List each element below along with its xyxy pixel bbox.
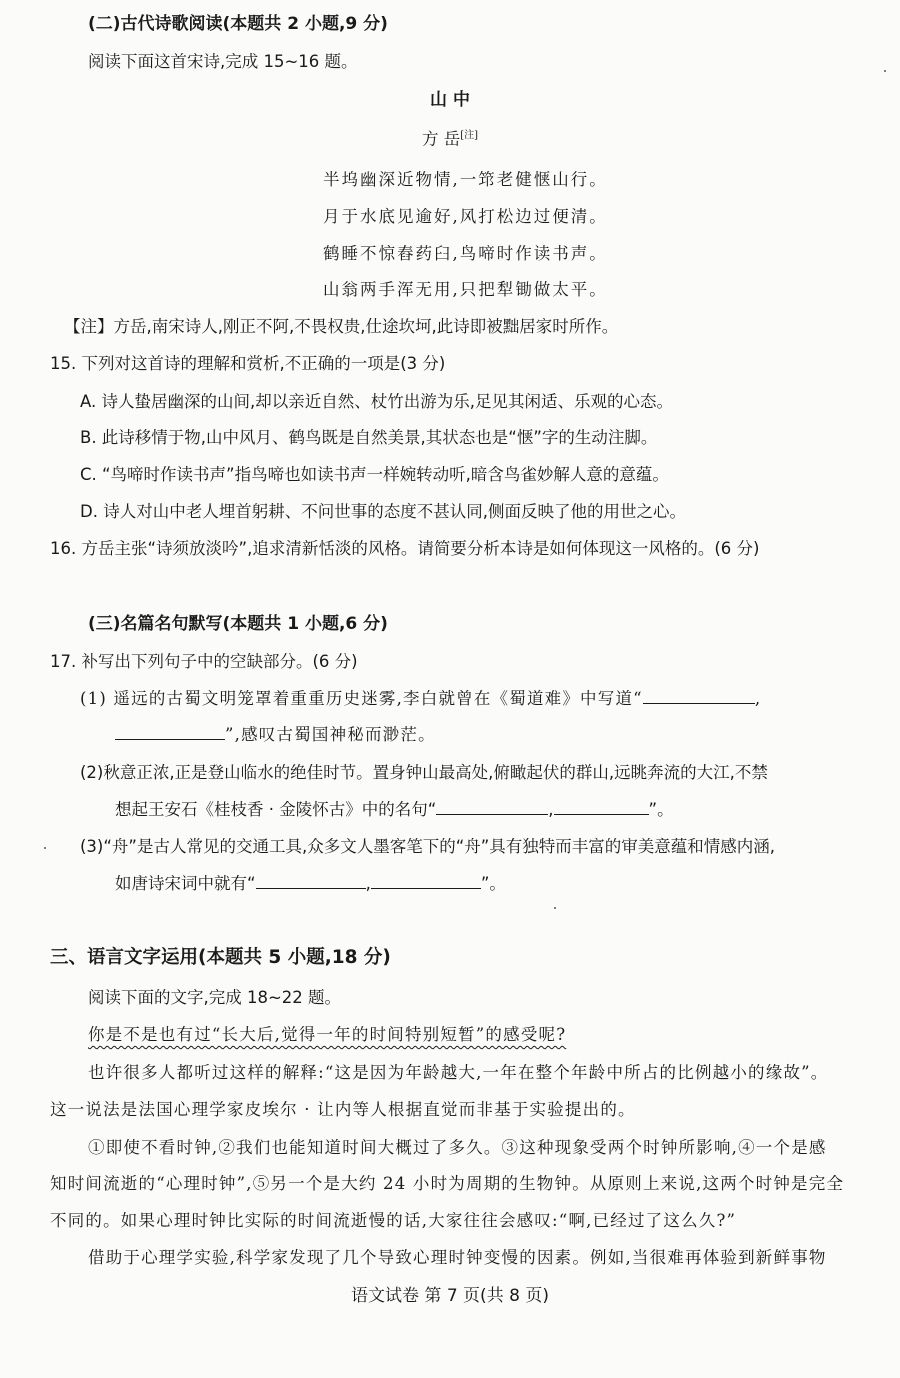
answer-blank-1a[interactable] [643,687,755,704]
item-1-text: (1) 遥远的古蜀文明笼罩着重重历史迷雾,李白就曾在《蜀道难》中写道“ [80,689,643,708]
question-16-stem: 16. 方岳主张“诗须放淡吟”,追求清新恬淡的风格。请简要分析本诗是如何体现这一… [50,537,759,561]
answer-blank-2b[interactable] [554,798,649,815]
passage-paragraph-1-line-2: 这一说法是法国心理学家皮埃尔 · 让内等人根据直觉而非基于实验提出的。 [50,1098,636,1122]
comma: , [755,689,761,708]
answer-blank-2a[interactable] [436,798,548,815]
poem-line-1: 半坞幽深近物情,一筇老健惬山行。 [323,168,608,192]
item-3-text-end: ”。 [481,874,506,893]
question-17-item-2-line-2: 想起王安石《桂枝香 · 金陵怀古》中的名句“,”。 [115,798,674,822]
poem-author-name: 方 岳 [422,130,460,149]
wavy-underlined-text: 你是不是也有过“长大后,觉得一年的时间特别短暂”的感受呢? [88,1025,566,1044]
item-3-text: 如唐诗宋词中就有“ [115,874,256,893]
question-15-stem: 15. 下列对这首诗的理解和赏析,不正确的一项是(3 分) [50,352,445,376]
question-15-option-d: D. 诗人对山中老人埋首躬耕、不问世事的态度不甚认同,侧面反映了他的用世之心。 [80,500,686,524]
question-17-item-3-line-2: 如唐诗宋词中就有“,”。 [115,872,506,896]
part-3-instruction: 阅读下面的文字,完成 18~22 题。 [88,986,341,1010]
passage-paragraph-2-line-1: ①即使不看时钟,②我们也能知道时间大概过了多久。③这种现象受两个时钟所影响,④一… [88,1136,827,1160]
question-15-option-b: B. 此诗移情于物,山中风月、鹤鸟既是自然美景,其状态也是“惬”字的生动注脚。 [80,426,657,450]
poetry-instruction: 阅读下面这首宋诗,完成 15~16 题。 [88,50,358,74]
answer-blank-1b[interactable] [115,723,225,740]
section-heading-poetry: (二)古代诗歌阅读(本题共 2 小题,9 分) [88,12,388,36]
question-15-option-a: A. 诗人蛰居幽深的山间,却以亲近自然、杖竹出游为乐,足见其闲适、乐观的心态。 [80,390,673,414]
question-17-stem: 17. 补写出下列句子中的空缺部分。(6 分) [50,650,358,674]
page-footer: 语文试卷 第 7 页(共 8 页) [0,1284,900,1308]
passage-paragraph-2-line-3: 不同的。如果心理时钟比实际的时间流逝慢的话,大家往往会感叹:“啊,已经过了这么久… [50,1209,736,1233]
answer-blank-3b[interactable] [371,872,481,889]
scan-speck [554,907,556,909]
underlined-question: 你是不是也有过“长大后,觉得一年的时间特别短暂”的感受呢? [88,1023,566,1047]
passage-paragraph-1-line-1: 也许很多人都听过这样的解释:“这是因为年龄越大,一年在整个年龄中所占的比例越小的… [88,1061,828,1085]
exam-page: (二)古代诗歌阅读(本题共 2 小题,9 分) 阅读下面这首宋诗,完成 15~1… [0,0,900,1378]
passage-paragraph-3-line-1: 借助于心理学实验,科学家发现了几个导致心理时钟变慢的因素。例如,当很难再体验到新… [88,1246,827,1270]
poem-line-4: 山翁两手浑无用,只把犁锄做太平。 [323,278,608,302]
item-1-text-end: ”,感叹古蜀国神秘而渺茫。 [225,725,436,744]
question-15-option-c: C. “鸟啼时作读书声”指鸟啼也如读书声一样婉转动听,暗含鸟雀妙解人意的意蕴。 [80,463,669,487]
item-2-text-end: ”。 [649,800,674,819]
poem-title: 山 中 [0,88,900,112]
poem-line-3: 鹤睡不惊舂药臼,鸟啼时作读书声。 [323,242,608,266]
part-3-heading: 三、语言文字运用(本题共 5 小题,18 分) [50,946,391,970]
question-17-item-2-line-1: (2)秋意正浓,正是登山临水的绝佳时节。置身钟山最高处,俯瞰起伏的群山,远眺奔流… [80,761,768,785]
poem-annotation: 【注】方岳,南宋诗人,刚正不阿,不畏权贵,仕途坎坷,此诗即被黜居家时所作。 [64,315,618,339]
question-17-item-1-line-1: (1) 遥远的古蜀文明笼罩着重重历史迷雾,李白就曾在《蜀道难》中写道“, [80,687,761,711]
question-17-item-1-line-2: ”,感叹古蜀国神秘而渺茫。 [115,723,436,747]
answer-blank-3a[interactable] [256,872,366,889]
item-2-text: 想起王安石《桂枝香 · 金陵怀古》中的名句“ [115,800,436,819]
section-heading-recitation: (三)名篇名句默写(本题共 1 小题,6 分) [88,612,388,636]
poem-author: 方 岳[注] [0,124,900,152]
poem-line-2: 月于水底见逾好,风打松边过便清。 [323,205,608,229]
scan-speck [884,70,886,72]
scan-speck [44,847,46,849]
question-17-item-3-line-1: (3)“舟”是古人常见的交通工具,众多文人墨客笔下的“舟”具有独特而丰富的审美意… [80,835,775,859]
author-note-mark: [注] [460,130,478,141]
passage-paragraph-2-line-2: 知时间流逝的“心理时钟”,⑤另一个是大约 24 小时为周期的生物钟。从原则上来说… [50,1172,844,1196]
